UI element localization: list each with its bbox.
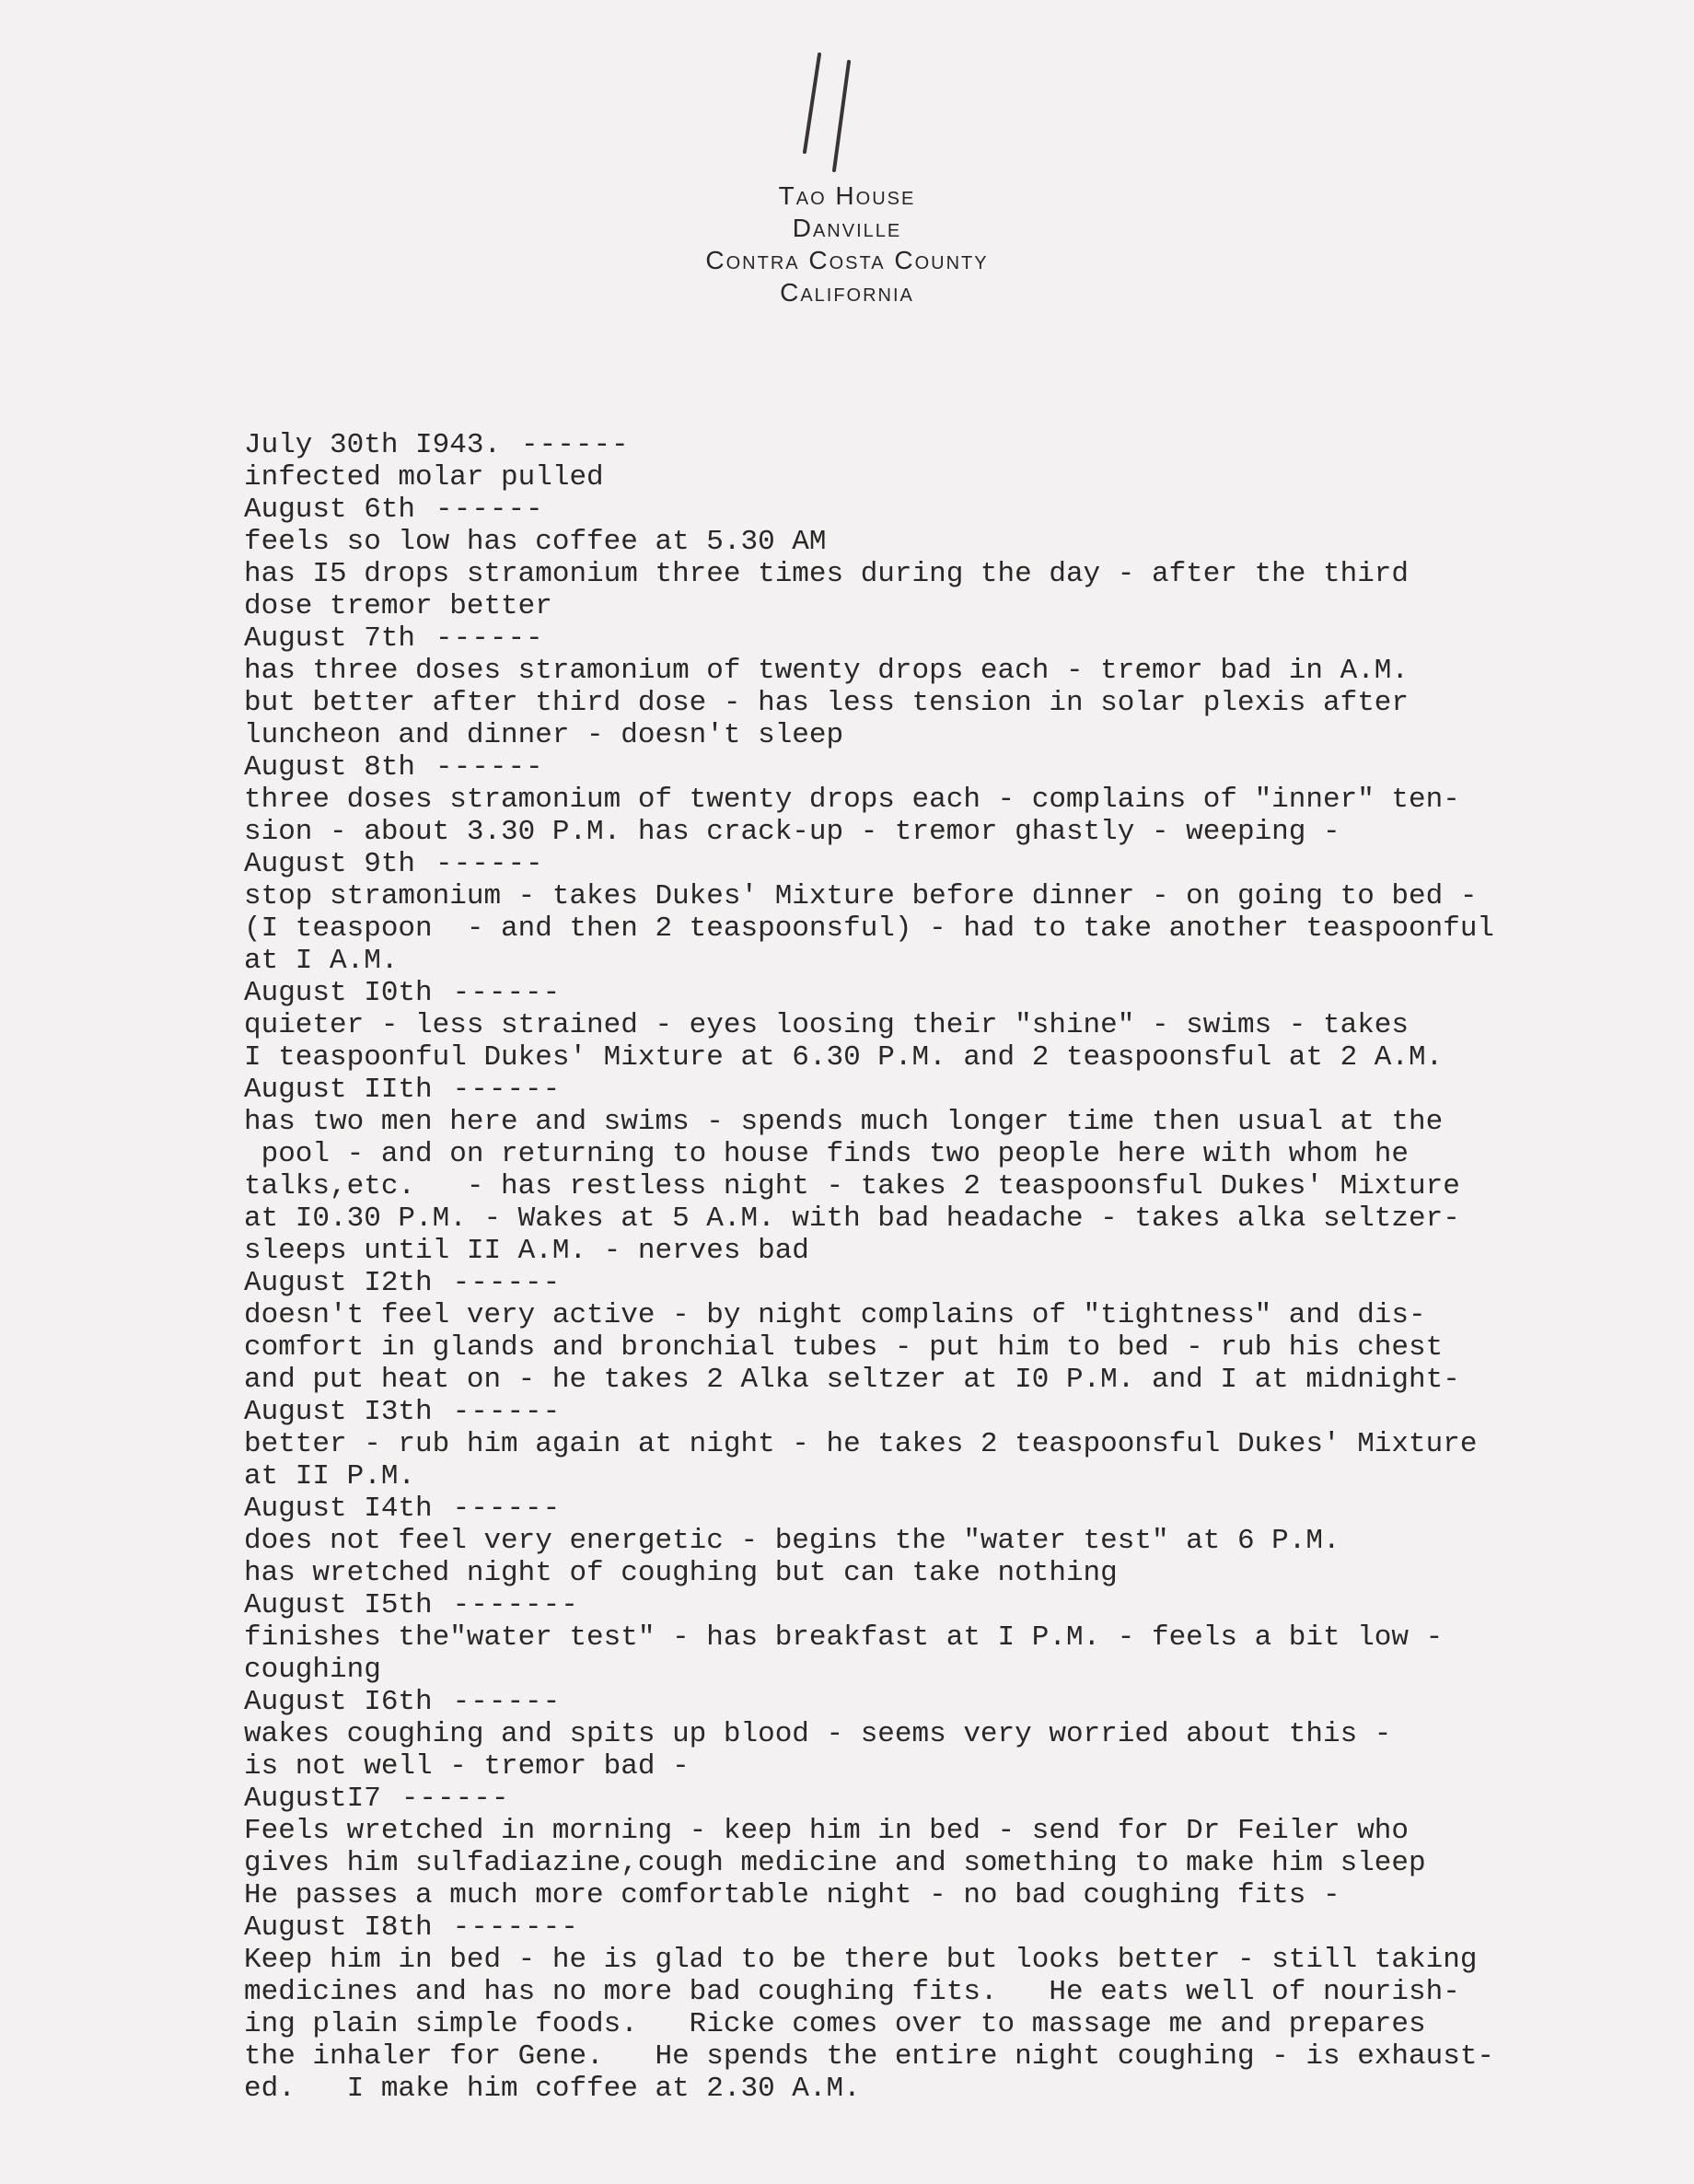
entry-text-line: I teaspoonful Dukes' Mixture at 6.30 P.M… — [244, 1041, 1680, 1074]
entry-separator-dashes: ------ — [453, 1493, 562, 1525]
entry-text-line: has three doses stramonium of twenty dro… — [244, 655, 1680, 687]
entry-text-line: the inhaler for Gene. He spends the enti… — [244, 2040, 1680, 2073]
entry-text-line: and put heat on - he takes 2 Alka seltze… — [244, 1364, 1680, 1396]
entry-date: July 30th I943.------ — [244, 429, 1680, 461]
entry-date-text: August I5th — [244, 1589, 433, 1621]
entry-date-text: August I0th — [244, 977, 433, 1009]
entry-text-line: doesn't feel very active - by night comp… — [244, 1299, 1680, 1331]
diary-entry: August 8th------three doses stramonium o… — [244, 751, 1680, 848]
diary-entry: August 6th------feels so low has coffee … — [244, 494, 1680, 622]
entry-text-line: comfort in glands and bronchial tubes - … — [244, 1331, 1680, 1364]
entry-date: August 6th------ — [244, 494, 1680, 526]
diary-entry: August I2th------doesn't feel very activ… — [244, 1267, 1680, 1396]
entry-date-text: August I8th — [244, 1911, 433, 1944]
entry-date: August IIth------ — [244, 1074, 1680, 1106]
diary-entry: August I4th------does not feel very ener… — [244, 1493, 1680, 1589]
entry-text-line: has I5 drops stramonium three times duri… — [244, 558, 1680, 590]
entry-text-line: at II P.M. — [244, 1460, 1680, 1493]
entry-text-line: ed. I make him coffee at 2.30 A.M. — [244, 2073, 1680, 2105]
diary-entry: August 9th------stop stramonium - takes … — [244, 848, 1680, 977]
entry-separator-dashes: ------ — [453, 1396, 562, 1428]
entry-date-text: AugustI7 — [244, 1783, 381, 1815]
entry-text-line: medicines and has no more bad coughing f… — [244, 1976, 1680, 2008]
entry-date: AugustI7------ — [244, 1783, 1680, 1815]
diary-entry: August 7th------has three doses stramoni… — [244, 622, 1680, 751]
entry-text-line: sion - about 3.30 P.M. has crack-up - tr… — [244, 816, 1680, 848]
diary-entry: August I5th-------finishes the"water tes… — [244, 1589, 1680, 1686]
entry-text-line: Keep him in bed - he is glad to be there… — [244, 1944, 1680, 1976]
entry-text-line: finishes the"water test" - has breakfast… — [244, 1621, 1680, 1654]
entry-date-text: August I2th — [244, 1267, 433, 1299]
entry-separator-dashes: ------ — [453, 1074, 562, 1106]
entry-date: August I3th------ — [244, 1396, 1680, 1428]
entry-separator-dashes: ------ — [453, 1686, 562, 1718]
entry-text-line: but better after third dose - has less t… — [244, 687, 1680, 719]
diary-entry: AugustI7------Feels wretched in morning … — [244, 1783, 1680, 1911]
entry-text-line: He passes a much more comfortable night … — [244, 1879, 1680, 1911]
diary-entry: August I0th------quieter - less strained… — [244, 977, 1680, 1074]
entry-text-line: three doses stramonium of twenty drops e… — [244, 784, 1680, 816]
letterhead-line-city: Danville — [0, 212, 1694, 244]
entry-date-text: August I3th — [244, 1396, 433, 1428]
entry-separator-dashes: ------ — [435, 751, 544, 784]
diary-entry: July 30th I943.------infected molar pull… — [244, 429, 1680, 494]
handwritten-double-slash-mark — [792, 51, 865, 180]
entry-separator-dashes: ------ — [435, 848, 544, 880]
entry-date-text: August 6th — [244, 494, 415, 526]
entry-date: August I5th------- — [244, 1589, 1680, 1621]
entry-text-line: Feels wretched in morning - keep him in … — [244, 1815, 1680, 1847]
entry-text-line: at I A.M. — [244, 945, 1680, 977]
letterhead-line-state: California — [0, 276, 1694, 308]
entry-text-line: (I teaspoon - and then 2 teaspoonsful) -… — [244, 912, 1680, 945]
entry-text-line: feels so low has coffee at 5.30 AM — [244, 526, 1680, 558]
entry-separator-dashes: ------- — [453, 1589, 579, 1621]
entry-date-text: August 9th — [244, 848, 415, 880]
entry-date-text: August 8th — [244, 751, 415, 784]
entry-date-text: August I6th — [244, 1686, 433, 1718]
entry-date-text: July 30th I943. — [244, 429, 501, 461]
letterhead: Tao House Danville Contra Costa County C… — [0, 180, 1694, 308]
entry-date: August 7th------ — [244, 622, 1680, 655]
diary-entry: August I6th------wakes coughing and spit… — [244, 1686, 1680, 1783]
entry-text-line: gives him sulfadiazine,cough medicine an… — [244, 1847, 1680, 1879]
entry-separator-dashes: ------ — [521, 429, 630, 461]
entry-text-line: luncheon and dinner - doesn't sleep — [244, 719, 1680, 751]
entry-text-line: dose tremor better — [244, 590, 1680, 622]
document-page: Tao House Danville Contra Costa County C… — [0, 0, 1694, 2184]
entry-date: August 9th------ — [244, 848, 1680, 880]
entry-date: August I0th------ — [244, 977, 1680, 1009]
entry-date-text: August 7th — [244, 622, 415, 655]
entry-text-line: does not feel very energetic - begins th… — [244, 1525, 1680, 1557]
entry-date: August I2th------ — [244, 1267, 1680, 1299]
entry-text-line: has two men here and swims - spends much… — [244, 1106, 1680, 1138]
diary-body: July 30th I943.------infected molar pull… — [244, 429, 1680, 2105]
entry-text-line: infected molar pulled — [244, 461, 1680, 494]
entry-date-text: August I4th — [244, 1493, 433, 1525]
diary-entry: August I3th------better - rub him again … — [244, 1396, 1680, 1493]
entry-text-line: wakes coughing and spits up blood - seem… — [244, 1718, 1680, 1750]
entry-text-line: coughing — [244, 1654, 1680, 1686]
entry-text-line: sleeps until II A.M. - nerves bad — [244, 1235, 1680, 1267]
entry-date: August I8th------- — [244, 1911, 1680, 1944]
entry-separator-dashes: ------ — [435, 494, 544, 526]
entry-separator-dashes: ------ — [401, 1783, 510, 1815]
entry-text-line: better - rub him again at night - he tak… — [244, 1428, 1680, 1460]
entry-separator-dashes: ------ — [435, 622, 544, 655]
entry-text-line: at I0.30 P.M. - Wakes at 5 A.M. with bad… — [244, 1202, 1680, 1235]
entry-date: August I6th------ — [244, 1686, 1680, 1718]
entry-date: August 8th------ — [244, 751, 1680, 784]
entry-text-line: pool - and on returning to house finds t… — [244, 1138, 1680, 1170]
diary-entry: August I8th-------Keep him in bed - he i… — [244, 1911, 1680, 2105]
letterhead-line-house: Tao House — [0, 180, 1694, 212]
entry-text-line: stop stramonium - takes Dukes' Mixture b… — [244, 880, 1680, 912]
entry-text-line: ing plain simple foods. Ricke comes over… — [244, 2008, 1680, 2040]
entry-text-line: quieter - less strained - eyes loosing t… — [244, 1009, 1680, 1041]
entry-date-text: August IIth — [244, 1074, 433, 1106]
entry-text-line: has wretched night of coughing but can t… — [244, 1557, 1680, 1589]
entry-text-line: talks,etc. - has restless night - takes … — [244, 1170, 1680, 1202]
diary-entry: August IIth------has two men here and sw… — [244, 1074, 1680, 1267]
entry-separator-dashes: ------- — [453, 1911, 579, 1944]
entry-text-line: is not well - tremor bad - — [244, 1750, 1680, 1783]
letterhead-line-county: Contra Costa County — [0, 244, 1694, 276]
entry-separator-dashes: ------ — [453, 1267, 562, 1299]
entry-separator-dashes: ------ — [453, 977, 562, 1009]
entry-date: August I4th------ — [244, 1493, 1680, 1525]
